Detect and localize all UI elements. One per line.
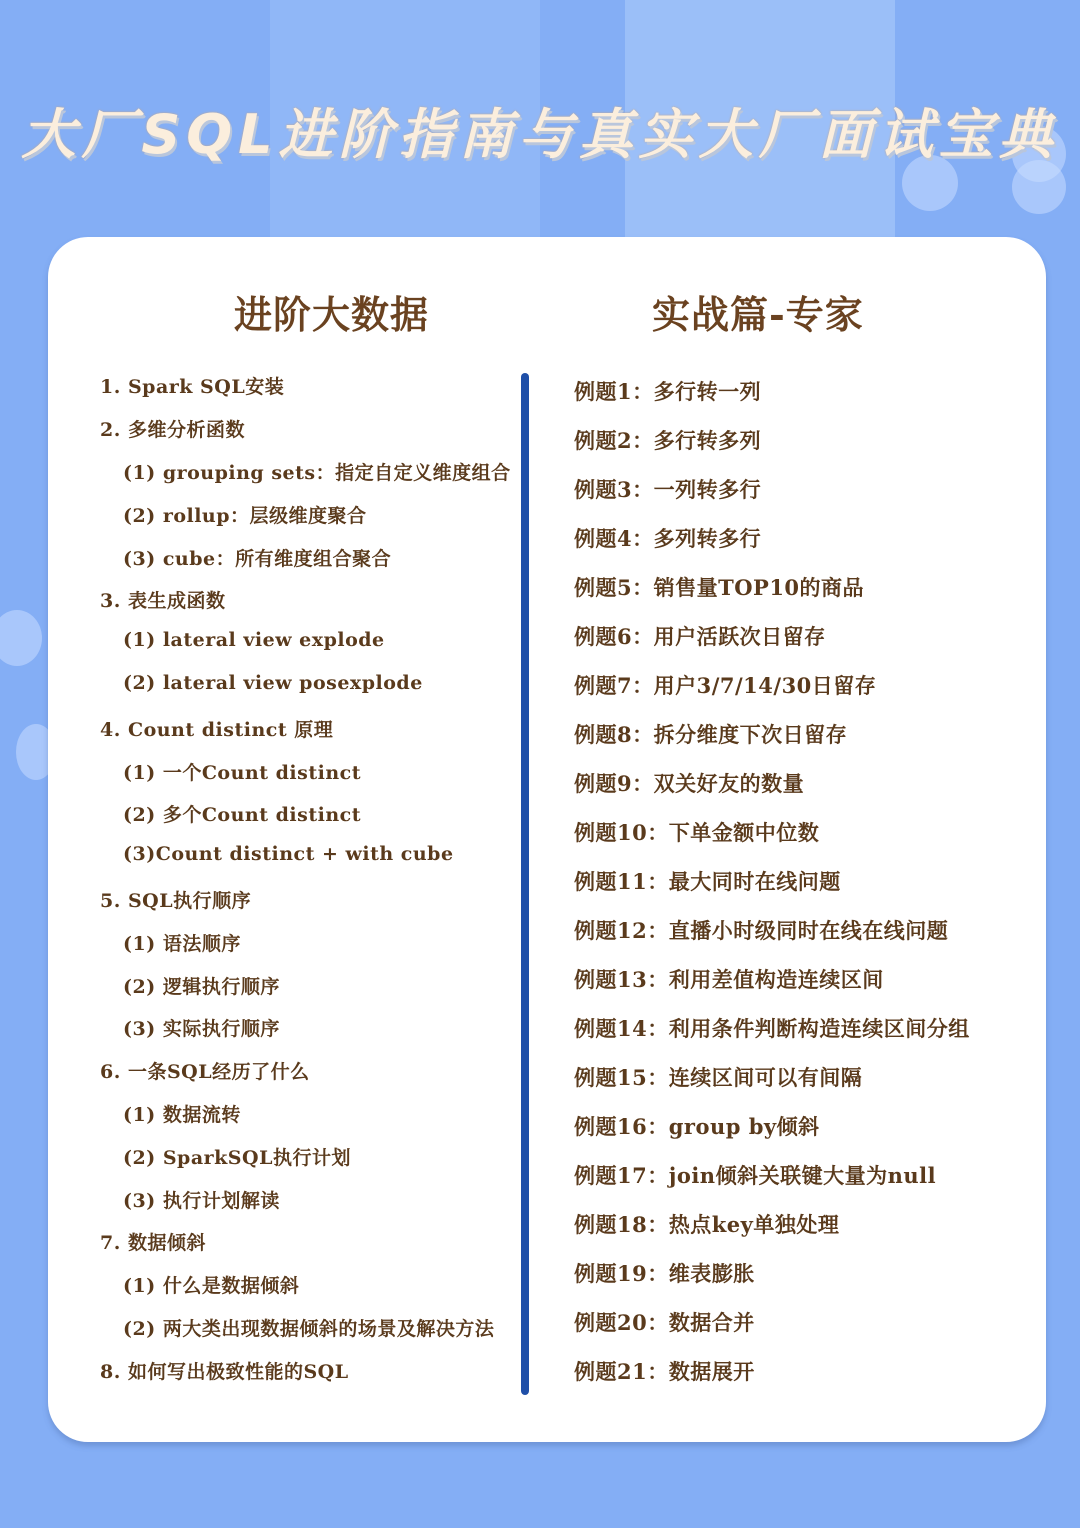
list-item: 3. 表生成函数: [100, 586, 225, 613]
list-item: 5. SQL执行顺序: [100, 886, 251, 913]
list-item: 8. 如何写出极致性能的SQL: [100, 1357, 349, 1384]
left-column-heading: 进阶大数据: [234, 284, 429, 339]
list-item: 例题17：join倾斜关联键大量为null: [574, 1160, 936, 1190]
list-item: 例题21：数据展开: [574, 1356, 755, 1386]
list-item: (3)Count distinct + with cube: [123, 843, 454, 865]
list-item: 例题14：利用条件判断构造连续区间分组: [574, 1013, 970, 1043]
list-item: 例题5：销售量TOP10的商品: [574, 572, 864, 602]
list-item: 例题19：维表膨胀: [574, 1258, 755, 1288]
list-item: 例题2：多行转多列: [574, 425, 761, 455]
list-item: 例题12：直播小时级同时在线在线问题: [574, 915, 948, 945]
list-item: 2. 多维分析函数: [100, 415, 245, 442]
list-item: 例题11：最大同时在线问题: [574, 866, 841, 896]
list-item: (2) 逻辑执行顺序: [123, 972, 280, 999]
list-item: (3) 执行计划解读: [123, 1186, 280, 1213]
list-item: (1) 语法顺序: [123, 929, 241, 956]
list-item: 例题18：热点key单独处理: [574, 1209, 839, 1239]
list-item: 4. Count distinct 原理: [100, 715, 333, 742]
column-divider: [521, 373, 529, 1395]
list-item: 例题10：下单金额中位数: [574, 817, 819, 847]
list-item: 例题13：利用差值构造连续区间: [574, 964, 884, 994]
list-item: 例题16：group by倾斜: [574, 1111, 820, 1141]
list-item: (1) 数据流转: [123, 1100, 241, 1127]
list-item: 例题7：用户3/7/14/30日留存: [574, 670, 876, 700]
list-item: 例题20：数据合并: [574, 1307, 755, 1337]
page-title: 大厂SQL进阶指南与真实大厂面试宝典: [0, 92, 1080, 169]
list-item: 7. 数据倾斜: [100, 1228, 206, 1255]
list-item: (2) 多个Count distinct: [123, 800, 361, 827]
right-column-heading: 实战篇-专家: [652, 284, 864, 339]
list-item: 例题8：拆分维度下次日留存: [574, 719, 847, 749]
list-item: 例题4：多列转多行: [574, 523, 761, 553]
list-item: (2) rollup：层级维度聚合: [123, 501, 367, 528]
list-item: (2) SparkSQL执行计划: [123, 1143, 351, 1170]
list-item: (1) 一个Count distinct: [123, 758, 361, 785]
list-item: 例题1：多行转一列: [574, 376, 761, 406]
list-item: 例题6：用户活跃次日留存: [574, 621, 826, 651]
list-item: (3) cube：所有维度组合聚合: [123, 544, 391, 571]
decorative-bubble: [0, 610, 42, 666]
list-item: 例题3：一列转多行: [574, 474, 761, 504]
list-item: 1. Spark SQL安装: [100, 372, 284, 399]
list-item: (2) lateral view posexplode: [123, 672, 423, 694]
list-item: (1) 什么是数据倾斜: [123, 1271, 299, 1298]
list-item: (1) grouping sets：指定自定义维度组合: [123, 458, 511, 485]
list-item: (2) 两大类出现数据倾斜的场景及解决方法: [123, 1314, 494, 1341]
list-item: (1) lateral view explode: [123, 629, 385, 651]
list-item: (3) 实际执行顺序: [123, 1014, 280, 1041]
list-item: 6. 一条SQL经历了什么: [100, 1057, 310, 1084]
list-item: 例题9：双关好友的数量: [574, 768, 804, 798]
list-item: 例题15：连续区间可以有间隔: [574, 1062, 862, 1092]
